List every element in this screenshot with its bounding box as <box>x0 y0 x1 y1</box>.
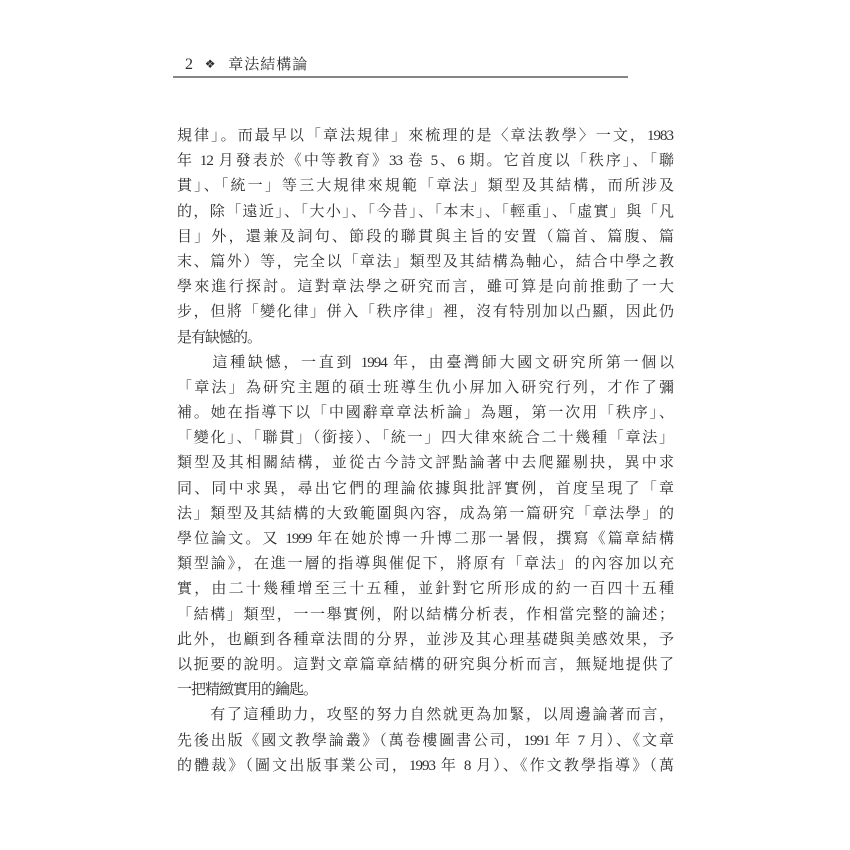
text-line: 法」類型及其結構的大致範圍與內容，成為第一篇研究「章法學」的 <box>177 502 673 527</box>
text-line: 貫」、「統一」等三大規律來規範「章法」類型及其結構，而所涉及 <box>177 174 673 199</box>
book-page: 2 ❖ 章法結構論 規律」。而最早以「章法規律」來梳理的是〈章法教學〉一文，19… <box>0 0 850 850</box>
text-line: 「章法」為研究主題的碩士班導生仇小屏加入研究行列，才作了彌 <box>177 376 673 401</box>
text-line: 類型論》，在進一層的指導與催促下，將原有「章法」的內容加以充 <box>177 552 673 577</box>
text-line: 一把精緻實用的鑰匙。 <box>177 678 673 703</box>
ornament-diamond-icon: ❖ <box>205 57 217 71</box>
text-line: 補。她在指導下以「中國辭章章法析論」為題，第一次用「秩序」、 <box>177 401 673 426</box>
text-line: 有了這種助力，攻堅的努力自然就更為加緊，以周邊論著而言， <box>177 703 673 728</box>
text-line: 步，但將「變化律」併入「秩序律」裡，沒有特別加以凸顯，因此仍 <box>177 300 673 325</box>
text-line: 的，除「遠近」、「大小」、「今昔」、「本末」、「輕重」、「虛實」與「凡 <box>177 200 673 225</box>
text-line: 是有缺憾的。 <box>177 326 673 351</box>
text-line: 實，由二十幾種增至三十五種，並針對它所形成的約一百四十五種 <box>177 577 673 602</box>
running-title: 章法結構論 <box>228 57 308 73</box>
text-line: 這種缺憾，一直到 1994 年，由臺灣師大國文研究所第一個以 <box>177 351 673 376</box>
page-header: 2 ❖ 章法結構論 <box>185 53 308 73</box>
text-line: 先後出版《國文教學論叢》（萬卷樓圖書公司，1991 年 7 月）、《文章 <box>177 729 673 754</box>
text-line: 同、同中求異，尋出它們的理論依據與批評實例，首度呈現了「章 <box>177 477 673 502</box>
text-line: 以扼要的說明。這對文章篇章結構的研究與分析而言，無疑地提供了 <box>177 653 673 678</box>
text-line: 「變化」、「聯貫」（銜接）、「統一」四大律來統合二十幾種「章法」 <box>177 426 673 451</box>
text-line: 此外，也顧到各種章法間的分界，並涉及其心理基礎與美感效果，予 <box>177 628 673 653</box>
text-line: 末、篇外）等，完全以「章法」類型及其結構為軸心，結合中學之教 <box>177 250 673 275</box>
header-rule <box>173 76 628 78</box>
text-line: 目」外，還兼及詞句、節段的聯貫與主旨的安置（篇首、篇腹、篇 <box>177 225 673 250</box>
text-line: 年 12 月發表於《中等教育》33 卷 5、6 期。它首度以「秩序」、「聯 <box>177 149 673 174</box>
text-line: 學來進行探討。這對章法學之研究而言，雖可算是向前推動了一大 <box>177 275 673 300</box>
body-text: 規律」。而最早以「章法規律」來梳理的是〈章法教學〉一文，1983年 12 月發表… <box>177 124 673 779</box>
text-line: 規律」。而最早以「章法規律」來梳理的是〈章法教學〉一文，1983 <box>177 124 673 149</box>
text-line: 學位論文。又 1999 年在她於博一升博二那一暑假，撰寫《篇章結構 <box>177 527 673 552</box>
page-number: 2 <box>185 56 194 73</box>
text-line: 「結構」類型，一一舉實例，附以結構分析表，作相當完整的論述； <box>177 603 673 628</box>
text-line: 的體裁》（圖文出版事業公司，1993 年 8 月）、《作文教學指導》（萬 <box>177 754 673 779</box>
text-line: 類型及其相關結構，並從古今詩文評點論著中去爬羅剔抉，異中求 <box>177 451 673 476</box>
